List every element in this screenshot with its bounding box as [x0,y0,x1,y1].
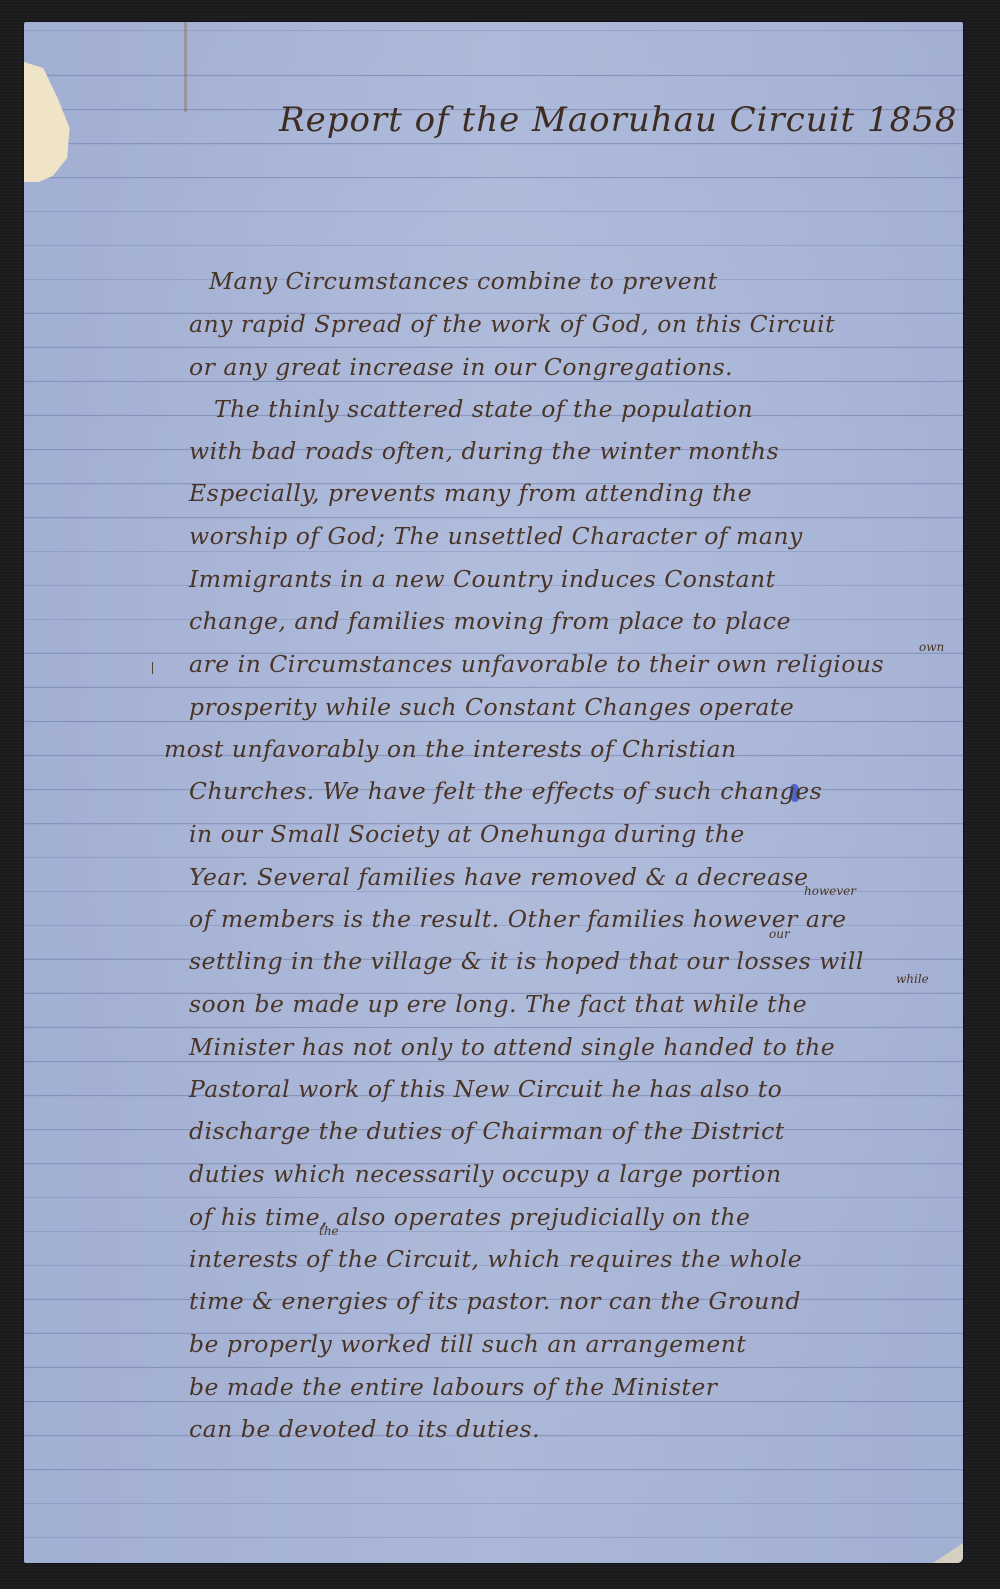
manuscript-page: Report of the Maoruhau Circuit 1858 Many… [24,22,963,1563]
manuscript-line-8: Immigrants in a new Country induces Cons… [189,562,776,596]
insertion-while: while [896,972,929,986]
torn-paper-edge [24,62,72,182]
manuscript-line-20: Pastoral work of this New Circuit he has… [189,1072,782,1106]
manuscript-line-6: Especially, prevents many from attending… [189,476,752,510]
insertion-own: own [919,640,944,654]
manuscript-line-7: worship of God; The unsettled Character … [189,519,803,553]
manuscript-line-11: prosperity while such Constant Changes o… [189,690,794,724]
manuscript-line-14: in our Small Society at Onehunga during … [189,817,745,851]
insertion-however: however [804,884,856,898]
manuscript-line-4: The thinly scattered state of the popula… [214,392,753,426]
manuscript-line-15: Year. Several families have removed & a … [189,860,809,894]
insertion-the: the [319,1224,339,1238]
manuscript-line-27: be made the entire labours of the Minist… [189,1370,717,1404]
manuscript-line-5: with bad roads often, during the winter … [189,434,779,468]
manuscript-line-26: be properly worked till such an arrangem… [189,1327,746,1361]
manuscript-line-1: Many Circumstances combine to prevent [209,264,718,298]
manuscript-line-28: can be devoted to its duties. [189,1412,540,1446]
manuscript-line-23: of his time, also operates prejudicially… [189,1200,750,1234]
manuscript-line-24: interests of the Circuit, which requires… [189,1242,802,1276]
manuscript-line-18: soon be made up ere long. The fact that … [189,987,807,1021]
manuscript-line-19: Minister has not only to attend single h… [189,1030,835,1064]
manuscript-line-3: or any great increase in our Congregatio… [189,350,733,384]
manuscript-line-2: any rapid Spread of the work of God, on … [189,307,835,341]
manuscript-line-16: of members is the result. Other families… [189,902,847,936]
manuscript-line-21: discharge the duties of Chairman of the … [189,1114,785,1148]
manuscript-line-10: are in Circumstances unfavorable to thei… [189,647,884,681]
manuscript-line-9: change, and families moving from place t… [189,604,791,638]
manuscript-line-12: most unfavorably on the interests of Chr… [164,732,737,766]
manuscript-line-25: time & energies of its pastor. nor can t… [189,1284,801,1318]
worn-corner [933,1543,963,1563]
insertion-our: our [769,927,790,941]
manuscript-line-22: duties which necessarily occupy a large … [189,1157,782,1191]
document-title: Report of the Maoruhau Circuit 1858 [279,100,958,140]
stain-mark [184,22,187,112]
margin-mark [152,662,153,674]
manuscript-line-17: settling in the village & it is hoped th… [189,944,864,978]
manuscript-line-13: Churches. We have felt the effects of su… [189,774,822,808]
